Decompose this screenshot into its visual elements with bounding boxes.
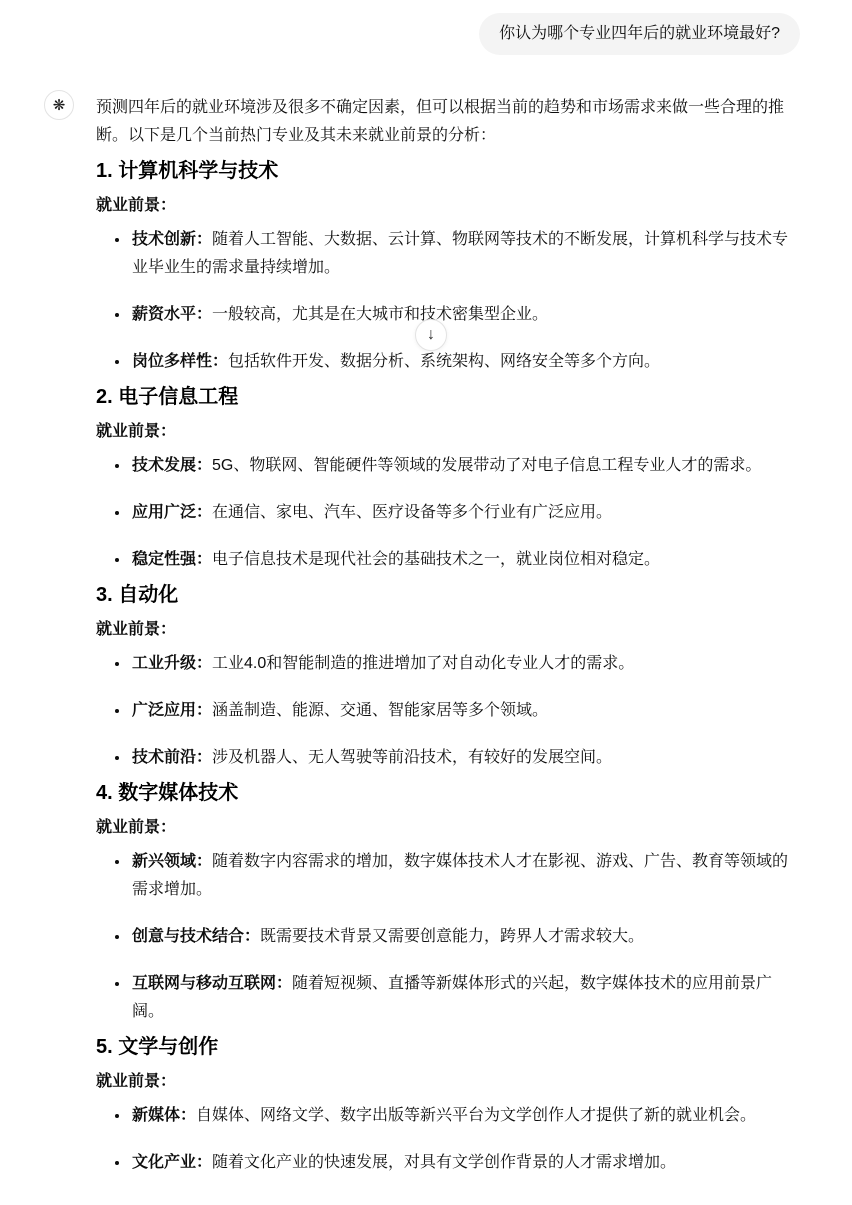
bullet-item: 技术前沿：涉及机器人、无人驾驶等前沿技术，有较好的发展空间。 (130, 744, 802, 772)
bullet-item: 广泛应用：涵盖制造、能源、交通、智能家居等多个领域。 (130, 697, 802, 725)
bullet-text: 既需要技术背景又需要创意能力，跨界人才需求较大。 (260, 928, 644, 945)
bullet-text: 包括软件开发、数据分析、系统架构、网络安全等多个方向。 (228, 353, 660, 370)
section-heading: 4. 数字媒体技术 (96, 780, 802, 806)
assistant-avatar: ❋ (44, 90, 74, 120)
bullet-item: 工业升级：工业4.0和智能制造的推进增加了对自动化专业人才的需求。 (130, 650, 802, 678)
openai-logo-icon: ❋ (53, 96, 66, 114)
bullet-item: 新媒体：自媒体、网络文学、数字出版等新兴平台为文学创作人才提供了新的就业机会。 (130, 1102, 802, 1130)
bullet-term: 技术前沿： (132, 749, 212, 766)
outlook-label: 就业前景： (96, 1068, 802, 1096)
bullet-item: 薪资水平：一般较高，尤其是在大城市和技术密集型企业。 (130, 301, 802, 329)
bullet-term: 应用广泛： (132, 504, 212, 521)
bullet-term: 新兴领域： (132, 853, 212, 870)
user-message-row: 你认为哪个专业四年后的就业环境最好? (0, 0, 852, 55)
arrow-down-icon: ↓ (427, 326, 435, 344)
bullet-text: 5G、物联网、智能硬件等领域的发展带动了对电子信息工程专业人才的需求。 (212, 457, 761, 474)
bullet-list: 技术创新：随着人工智能、大数据、云计算、物联网等技术的不断发展，计算机科学与技术… (96, 226, 802, 376)
bullet-text: 随着数字内容需求的增加，数字媒体技术人才在影视、游戏、广告、教育等领域的需求增加… (132, 853, 788, 898)
user-message-bubble: 你认为哪个专业四年后的就业环境最好? (479, 13, 800, 55)
bullet-term: 稳定性强： (132, 551, 212, 568)
bullet-text: 涵盖制造、能源、交通、智能家居等多个领域。 (212, 702, 548, 719)
section-heading: 3. 自动化 (96, 582, 802, 608)
bullet-text: 一般较高，尤其是在大城市和技术密集型企业。 (212, 306, 548, 323)
bullet-term: 新媒体： (132, 1107, 196, 1124)
bullet-list: 新媒体：自媒体、网络文学、数字出版等新兴平台为文学创作人才提供了新的就业机会。 … (96, 1102, 802, 1177)
section-automation: 3. 自动化 就业前景： 工业升级：工业4.0和智能制造的推进增加了对自动化专业… (96, 582, 802, 772)
assistant-message-row: ❋ 预测四年后的就业环境涉及很多不确定因素，但可以根据当前的趋势和市场需求来做一… (0, 55, 852, 1181)
assistant-message-content: 预测四年后的就业环境涉及很多不确定因素，但可以根据当前的趋势和市场需求来做一些合… (96, 90, 802, 1181)
intro-paragraph: 预测四年后的就业环境涉及很多不确定因素，但可以根据当前的趋势和市场需求来做一些合… (96, 94, 802, 150)
bullet-item: 应用广泛：在通信、家电、汽车、医疗设备等多个行业有广泛应用。 (130, 499, 802, 527)
bullet-text: 随着人工智能、大数据、云计算、物联网等技术的不断发展，计算机科学与技术专业毕业生… (132, 231, 788, 276)
section-heading: 2. 电子信息工程 (96, 384, 802, 410)
bullet-text: 随着文化产业的快速发展，对具有文学创作背景的人才需求增加。 (212, 1154, 676, 1171)
bullet-term: 技术发展： (132, 457, 212, 474)
bullet-term: 薪资水平： (132, 306, 212, 323)
outlook-label: 就业前景： (96, 616, 802, 644)
bullet-item: 创意与技术结合：既需要技术背景又需要创意能力，跨界人才需求较大。 (130, 923, 802, 951)
bullet-list: 技术发展：5G、物联网、智能硬件等领域的发展带动了对电子信息工程专业人才的需求。… (96, 452, 802, 574)
outlook-label: 就业前景： (96, 814, 802, 842)
bullet-term: 工业升级： (132, 655, 212, 672)
scroll-to-bottom-button[interactable]: ↓ (415, 319, 447, 351)
bullet-item: 技术发展：5G、物联网、智能硬件等领域的发展带动了对电子信息工程专业人才的需求。 (130, 452, 802, 480)
bullet-item: 新兴领域：随着数字内容需求的增加，数字媒体技术人才在影视、游戏、广告、教育等领域… (130, 848, 802, 904)
bullet-list: 新兴领域：随着数字内容需求的增加，数字媒体技术人才在影视、游戏、广告、教育等领域… (96, 848, 802, 1026)
section-computer-science: 1. 计算机科学与技术 就业前景： 技术创新：随着人工智能、大数据、云计算、物联… (96, 158, 802, 376)
bullet-term: 广泛应用： (132, 702, 212, 719)
bullet-text: 涉及机器人、无人驾驶等前沿技术，有较好的发展空间。 (212, 749, 612, 766)
bullet-term: 岗位多样性： (132, 353, 228, 370)
bullet-item: 岗位多样性：包括软件开发、数据分析、系统架构、网络安全等多个方向。 (130, 348, 802, 376)
bullet-text: 在通信、家电、汽车、医疗设备等多个行业有广泛应用。 (212, 504, 612, 521)
section-heading: 5. 文学与创作 (96, 1034, 802, 1060)
bullet-text: 电子信息技术是现代社会的基础技术之一，就业岗位相对稳定。 (212, 551, 660, 568)
bullet-item: 文化产业：随着文化产业的快速发展，对具有文学创作背景的人才需求增加。 (130, 1149, 802, 1177)
outlook-label: 就业前景： (96, 418, 802, 446)
section-literature: 5. 文学与创作 就业前景： 新媒体：自媒体、网络文学、数字出版等新兴平台为文学… (96, 1034, 802, 1177)
section-digital-media: 4. 数字媒体技术 就业前景： 新兴领域：随着数字内容需求的增加，数字媒体技术人… (96, 780, 802, 1026)
bullet-item: 稳定性强：电子信息技术是现代社会的基础技术之一，就业岗位相对稳定。 (130, 546, 802, 574)
bullet-term: 文化产业： (132, 1154, 212, 1171)
section-electronic-engineering: 2. 电子信息工程 就业前景： 技术发展：5G、物联网、智能硬件等领域的发展带动… (96, 384, 802, 574)
bullet-term: 互联网与移动互联网： (132, 975, 292, 992)
bullet-text: 工业4.0和智能制造的推进增加了对自动化专业人才的需求。 (212, 655, 634, 672)
bullet-item: 互联网与移动互联网：随着短视频、直播等新媒体形式的兴起，数字媒体技术的应用前景广… (130, 970, 802, 1026)
bullet-list: 工业升级：工业4.0和智能制造的推进增加了对自动化专业人才的需求。 广泛应用：涵… (96, 650, 802, 772)
bullet-term: 技术创新： (132, 231, 212, 248)
bullet-term: 创意与技术结合： (132, 928, 260, 945)
bullet-item: 技术创新：随着人工智能、大数据、云计算、物联网等技术的不断发展，计算机科学与技术… (130, 226, 802, 282)
outlook-label: 就业前景： (96, 192, 802, 220)
chat-page: 你认为哪个专业四年后的就业环境最好? ❋ 预测四年后的就业环境涉及很多不确定因素… (0, 0, 852, 1205)
bullet-text: 自媒体、网络文学、数字出版等新兴平台为文学创作人才提供了新的就业机会。 (196, 1107, 756, 1124)
section-heading: 1. 计算机科学与技术 (96, 158, 802, 184)
